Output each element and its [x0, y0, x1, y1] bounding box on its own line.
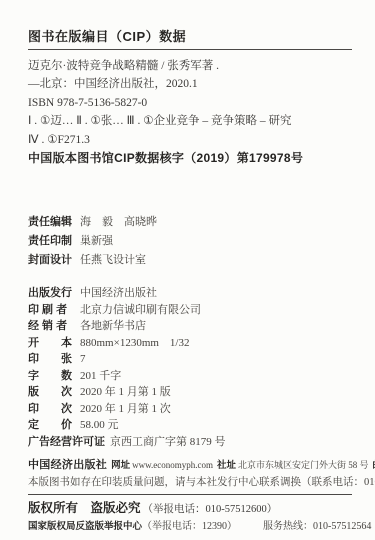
pub-value: 201 千字: [80, 370, 121, 382]
address-value: 北京市东城区安定门外大街 58 号: [238, 460, 369, 470]
publication-details-section: 出版发行中国经济出版社 印 刷 者北京力信诚印刷有限公司 经 销 者各地新华书店…: [28, 285, 352, 450]
pub-value: 中国经济出版社: [80, 287, 157, 299]
website-label: 网址: [111, 460, 130, 471]
cip-publisher-line: —北京：中国经济出版社，2020.1: [28, 75, 352, 93]
pub-label: 定 价: [28, 417, 75, 434]
address-label: 社址: [217, 460, 236, 471]
publisher-contact-line: 中国经济出版社网址www.economyph.com社址北京市东城区安定门外大街…: [28, 459, 352, 472]
pub-label: 广告经营许可证: [28, 434, 105, 451]
website-url: www.economyph.com: [132, 460, 213, 470]
cip-isbn-line: ISBN 978-7-5136-5827-0: [28, 94, 352, 112]
copyright-notice-line: 版权所有 盗版必究（举报电话：010-57512600）: [28, 500, 352, 518]
publisher-name: 中国经济出版社: [28, 459, 107, 471]
pub-row-ad-license: 广告经营许可证京西工商广字第 8179 号: [28, 434, 352, 451]
book-colophon-page: 图书在版编目（CIP）数据 迈克尔·波特竞争战略精髓 / 张秀军著 . —北京：…: [0, 0, 375, 540]
cip-section: 图书在版编目（CIP）数据 迈克尔·波特竞争战略精髓 / 张秀军著 . —北京：…: [28, 30, 352, 166]
staff-value: 巢新强: [80, 235, 113, 247]
cip-classification-line: Ⅰ . ①迈… Ⅱ . ①张… Ⅲ . ①企业竞争 – 竞争策略 – 研究: [28, 112, 352, 130]
pub-label: 字 数: [28, 368, 75, 385]
staff-row-editor: 责任编辑海 毅 高晓晔: [28, 213, 352, 232]
pub-row-word-count: 字 数201 千字: [28, 368, 352, 385]
pub-row-distributor: 经 销 者各地新华书店: [28, 318, 352, 335]
pub-label: 出版发行: [28, 285, 75, 302]
staff-value: 海 毅 高晓晔: [80, 216, 157, 228]
pub-label: 版 次: [28, 384, 75, 401]
pub-value: 58.00 元: [80, 419, 119, 431]
pub-row-edition: 版 次2020 年 1 月第 1 版: [28, 384, 352, 401]
copyright-notice: 版权所有 盗版必究: [28, 501, 141, 515]
cip-registry-number: 中国版本图书馆CIP数据核字（2019）第179978号: [28, 150, 352, 166]
staff-row-cover-design: 封面设计任燕飞设计室: [28, 251, 352, 270]
anti-piracy-line: 国家版权局反盗版举报中心（举报电话：12390）服务热线：010-5751256…: [28, 519, 352, 534]
pub-row-sheets: 印 张7: [28, 351, 352, 368]
staff-row-print-supervisor: 责任印制巢新强: [28, 232, 352, 251]
pub-row-impression: 印 次2020 年 1 月第 1 次: [28, 401, 352, 418]
pub-value: 2020 年 1 月第 1 次: [80, 403, 171, 415]
copyright-report-phone: （举报电话：010-57512600）: [143, 504, 278, 515]
pub-row-price: 定 价58.00 元: [28, 417, 352, 434]
agency-report-phone: （举报电话：12390）: [142, 521, 237, 532]
pub-value: 北京力信诚印刷有限公司: [80, 304, 201, 316]
pub-label: 印 刷 者: [28, 302, 75, 319]
pub-value: 京西工商广字第 8179 号: [110, 436, 226, 448]
anti-piracy-agency: 国家版权局反盗版举报中心: [28, 521, 142, 532]
staff-label: 责任印制: [28, 232, 75, 251]
staff-label: 责任编辑: [28, 213, 75, 232]
pub-value: 2020 年 1 月第 1 版: [80, 386, 171, 398]
staff-value: 任燕飞设计室: [80, 254, 146, 266]
pub-label: 印 次: [28, 401, 75, 418]
cip-class-code-line: Ⅳ . ①F271.3: [28, 131, 352, 149]
pub-value: 各地新华书店: [80, 320, 146, 332]
cip-header: 图书在版编目（CIP）数据: [28, 30, 352, 44]
footer-divider: [28, 494, 352, 495]
pub-label: 经 销 者: [28, 318, 75, 335]
pub-label: 印 张: [28, 351, 75, 368]
cip-title-line: 迈克尔·波特竞争战略精髓 / 张秀军著 .: [28, 57, 352, 75]
staff-label: 封面设计: [28, 251, 75, 270]
quality-exchange-note: 本版图书如存在印装质量问题，请与本社发行中心联系调换（联系电话：010-5751…: [28, 475, 352, 490]
pub-row-printer: 印 刷 者北京力信诚印刷有限公司: [28, 302, 352, 319]
pub-row-format: 开 本880mm×1230mm 1/32: [28, 335, 352, 352]
header-divider: [28, 49, 352, 50]
pub-row-publisher: 出版发行中国经济出版社: [28, 285, 352, 302]
pub-value: 880mm×1230mm 1/32: [80, 337, 189, 349]
pub-value: 7: [80, 353, 86, 365]
service-hotline: 服务热线：010-57512564: [263, 521, 371, 532]
pub-label: 开 本: [28, 335, 75, 352]
staff-credits-section: 责任编辑海 毅 高晓晔 责任印制巢新强 封面设计任燕飞设计室: [28, 213, 352, 270]
